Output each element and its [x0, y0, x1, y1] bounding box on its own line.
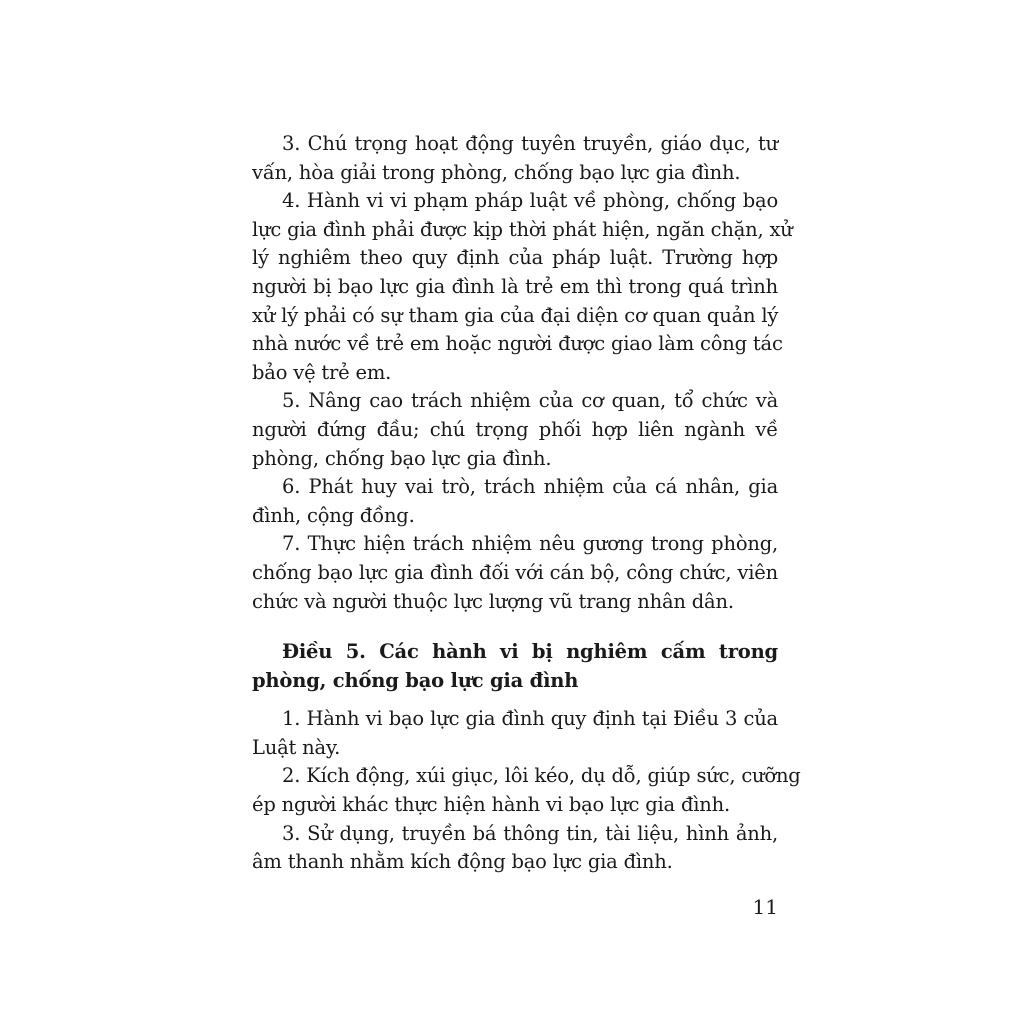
- text-line: chống bạo lực gia đình đối với cán bộ, c…: [252, 559, 778, 588]
- text-line: 3. Sử dụng, truyền bá thông tin, tài liệ…: [252, 820, 778, 849]
- article-item-3: 3. Sử dụng, truyền bá thông tin, tài liệ…: [252, 820, 778, 877]
- text-line: 6. Phát huy vai trò, trách nhiệm của cá …: [252, 473, 778, 502]
- text-line: phòng, chống bạo lực gia đình.: [252, 445, 778, 474]
- text-line: 3. Chú trọng hoạt động tuyên truyền, giá…: [252, 130, 778, 159]
- text-line: chức và người thuộc lực lượng vũ trang n…: [252, 588, 778, 617]
- article-item-2: 2. Kích động, xúi giục, lôi kéo, dụ dỗ, …: [252, 762, 778, 819]
- paragraph-item-7: 7. Thực hiện trách nhiệm nêu gương trong…: [252, 530, 778, 616]
- page-number: 11: [700, 895, 778, 919]
- article-heading: Điều 5. Các hành vi bị nghiêm cấm trong …: [252, 638, 778, 695]
- text-line: 7. Thực hiện trách nhiệm nêu gương trong…: [252, 530, 778, 559]
- text-line: âm thanh nhằm kích động bạo lực gia đình…: [252, 848, 778, 877]
- text-line: Luật này.: [252, 734, 778, 763]
- text-line: vấn, hòa giải trong phòng, chống bạo lực…: [252, 159, 778, 188]
- text-line: người đứng đầu; chú trọng phối hợp liên …: [252, 416, 778, 445]
- paragraph-item-6: 6. Phát huy vai trò, trách nhiệm của cá …: [252, 473, 778, 530]
- paragraph-item-4: 4. Hành vi vi phạm pháp luật về phòng, c…: [252, 187, 778, 387]
- heading-line: Điều 5. Các hành vi bị nghiêm cấm trong: [252, 638, 778, 667]
- text-line: ép người khác thực hiện hành vi bạo lực …: [252, 791, 778, 820]
- document-page: 3. Chú trọng hoạt động tuyên truyền, giá…: [252, 130, 778, 877]
- text-line: đình, cộng đồng.: [252, 502, 778, 531]
- text-line: 4. Hành vi vi phạm pháp luật về phòng, c…: [252, 187, 778, 216]
- text-line: 2. Kích động, xúi giục, lôi kéo, dụ dỗ, …: [252, 762, 778, 791]
- text-line: 5. Nâng cao trách nhiệm của cơ quan, tổ …: [252, 387, 778, 416]
- text-line: nhà nước về trẻ em hoặc người được giao …: [252, 330, 778, 359]
- text-line: 1. Hành vi bạo lực gia đình quy định tại…: [252, 705, 778, 734]
- paragraph-item-5: 5. Nâng cao trách nhiệm của cơ quan, tổ …: [252, 387, 778, 473]
- text-line: lý nghiêm theo quy định của pháp luật. T…: [252, 244, 778, 273]
- article-item-1: 1. Hành vi bạo lực gia đình quy định tại…: [252, 705, 778, 762]
- paragraph-item-3: 3. Chú trọng hoạt động tuyên truyền, giá…: [252, 130, 778, 187]
- text-line: người bị bạo lực gia đình là trẻ em thì …: [252, 273, 778, 302]
- text-line: lực gia đình phải được kịp thời phát hiệ…: [252, 216, 778, 245]
- heading-line: phòng, chống bạo lực gia đình: [252, 667, 778, 696]
- text-line: bảo vệ trẻ em.: [252, 359, 778, 388]
- text-line: xử lý phải có sự tham gia của đại diện c…: [252, 302, 778, 331]
